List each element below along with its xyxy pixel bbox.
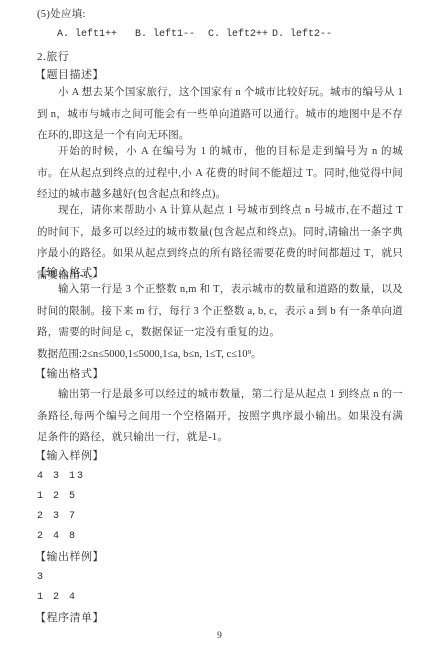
output-format-paragraph: 输出第一行是最多可以经过的城市数量，第二行是从起点 1 到终点 n 的一条路径,… [37, 384, 403, 449]
option-b-label: B. [135, 29, 147, 40]
section-heading-description: 【题目描述】 [35, 68, 104, 82]
option-c-label: C. [208, 29, 220, 40]
document-page: (5)处应填: A.left1++ B.left1-- C.left2++ D.… [0, 0, 439, 665]
sample-input-line: 4 3 13 [37, 467, 85, 487]
section-heading-output-format: 【输出格式】 [35, 367, 104, 381]
option-a-value: left1++ [75, 29, 117, 40]
sample-output-line: 3 [37, 568, 77, 588]
sample-input-block: 4 3 13 1 2 5 2 3 7 2 4 8 [37, 467, 85, 547]
sample-input-line: 2 4 8 [37, 527, 85, 547]
sample-input-line: 2 3 7 [37, 507, 85, 527]
option-a-label: A. [57, 29, 69, 40]
answer-options-row: A.left1++ B.left1-- C.left2++ D.left2-- [37, 28, 407, 42]
problem-title: 2.旅行 [37, 50, 69, 64]
section-heading-sample-output: 【输出样例】 [35, 550, 104, 564]
section-heading-sample-input: 【输入样例】 [35, 449, 104, 463]
section-heading-input-format: 【输入格式】 [35, 266, 104, 280]
input-format-paragraph: 输入第一行是 3 个正整数 n,m 和 T，表示城市的数量和道路的数量，以及时间… [37, 279, 403, 344]
page-number: 9 [0, 630, 439, 642]
sample-input-line: 1 2 5 [37, 487, 85, 507]
sample-output-line: 1 2 4 [37, 588, 77, 608]
section-heading-program-listing: 【程序清单】 [35, 611, 104, 625]
option-c: C.left2++ [208, 28, 272, 42]
description-paragraph-1: 小 A 想去某个国家旅行，这个国家有 n 个城市比较好玩。城市的编号从 1 到 … [37, 82, 403, 147]
option-d-label: D. [272, 29, 284, 40]
option-c-value: left2++ [226, 29, 268, 40]
option-b-value: left1-- [153, 29, 195, 40]
sample-output-block: 3 1 2 4 [37, 568, 77, 608]
data-range-line: 数据范围:2≤n≤5000,1≤5000,1≤a, b≤n, 1≤T, c≤10… [37, 348, 417, 362]
option-a: A.left1++ [57, 28, 135, 42]
description-paragraph-2: 开始的时候，小 A 在编号为 1 的城市，他的目标是走到编号为 n 的城市。在从… [37, 141, 403, 206]
fill-in-blank-prompt: (5)处应填: [37, 8, 86, 22]
option-b: B.left1-- [135, 28, 208, 42]
option-d-value: left2-- [290, 29, 332, 40]
option-d: D.left2-- [272, 28, 332, 42]
